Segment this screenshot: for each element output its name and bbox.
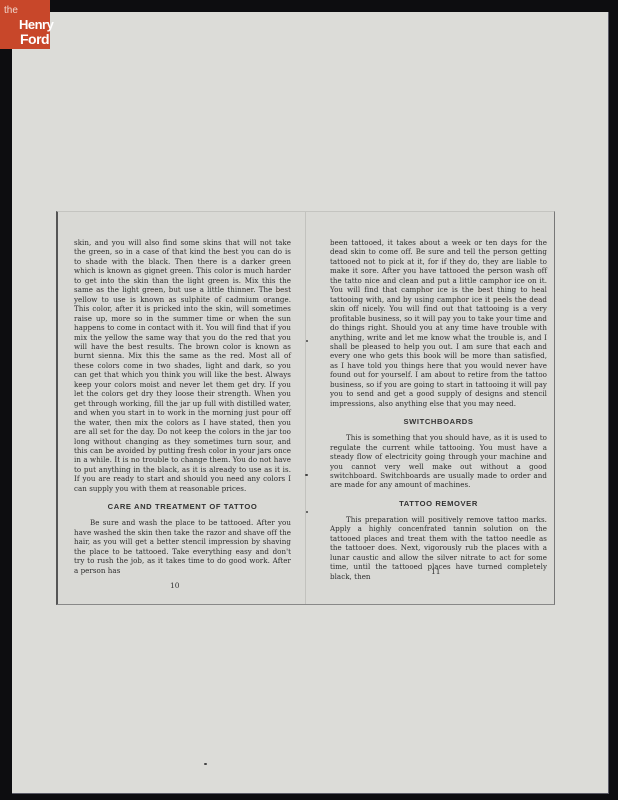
staple-mark [306,511,308,513]
care-treatment-heading: CARE AND TREATMENT OF TATTOO [74,502,291,511]
page-number-left: 10 [170,581,180,590]
booklet-spread: skin, and you will also find some skins … [56,211,555,605]
tattoo-remover-heading: TATTOO REMOVER [330,499,547,508]
left-page-paragraph-1: skin, and you will also find some skins … [74,238,291,493]
right-page-paragraph-1: been tattooed, it takes about a week or … [330,238,547,408]
logo-text-ford: Ford [20,31,49,47]
right-page: been tattooed, it takes about a week or … [330,238,547,581]
right-page-paragraph-2: This is something that you should have, … [330,433,547,490]
scanned-sheet: skin, and you will also find some skins … [12,12,609,794]
staple-mark [306,340,308,342]
henry-ford-logo: the Henry Ford [0,0,50,49]
page-number-right: 11 [431,567,441,576]
logo-text-henry: Henry [19,17,53,32]
switchboards-heading: SWITCHBOARDS [330,417,547,426]
logo-text-the: the [4,5,18,16]
paper-speck [204,763,207,765]
left-page: skin, and you will also find some skins … [74,238,291,575]
booklet-fold-line [305,212,306,604]
left-page-paragraph-2: Be sure and wash the place to be tattooe… [74,518,291,575]
staple-mark [305,474,308,476]
